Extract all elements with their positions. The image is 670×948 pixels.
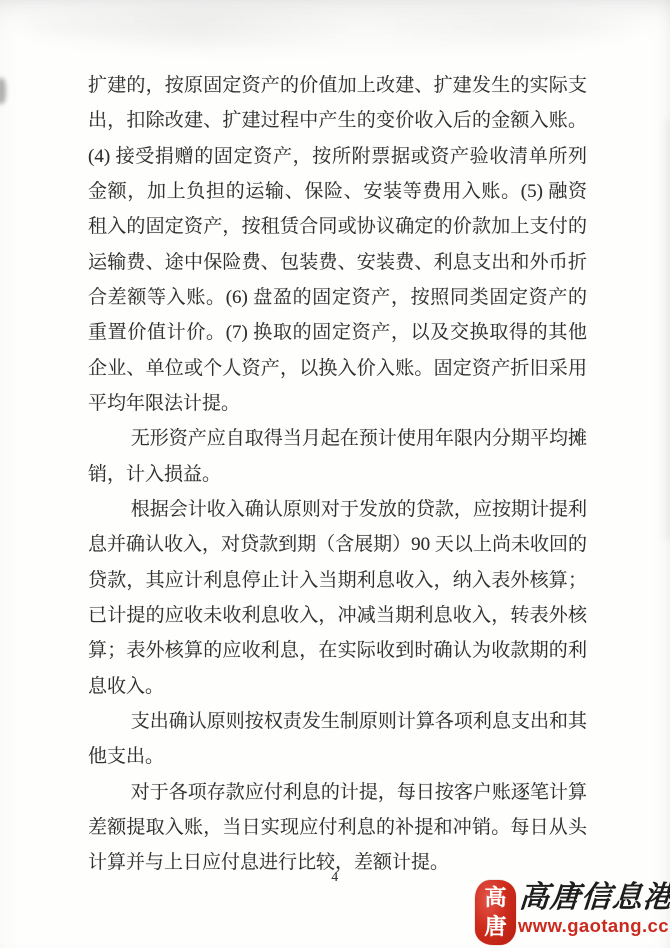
text-line: (4) 接受捐赠的固定资产，按所附票据或资产验收清单所列 bbox=[88, 139, 587, 174]
seal-char-top: 高 bbox=[484, 887, 506, 909]
text-line: 算；表外核算的应收利息，在实际收到时确认为收款期的利 bbox=[88, 633, 587, 668]
text-line: 息并确认收入，对贷款到期（含展期）90 天以上尚未收回的 bbox=[88, 527, 587, 562]
text-line: 无形资产应自取得当月起在预计使用年限内分期平均摊 bbox=[88, 421, 587, 456]
seal-char-bottom: 唐 bbox=[484, 916, 506, 938]
text-line: 支出确认原则按权责发生制原则计算各项利息支出和其 bbox=[88, 704, 587, 739]
text-line: 金额，加上负担的运输、保险、安装等费用入账。(5) 融资 bbox=[88, 174, 587, 209]
text-line: 运输费、途中保险费、包装费、安装费、利息支出和外币折 bbox=[88, 245, 587, 280]
scan-artifact-top bbox=[20, 6, 640, 48]
text-line: 根据会计收入确认原则对于发放的贷款，应按期计提利 bbox=[88, 492, 587, 527]
text-line: 息收入。 bbox=[88, 669, 587, 704]
text-line: 已计提的应收未收利息收入，冲减当期利息收入，转表外核 bbox=[88, 598, 587, 633]
scanned-document-page: 扩建的，按原固定资产的价值加上改建、扩建发生的实际支 出，扣除改建、扩建过程中产… bbox=[0, 0, 670, 948]
text-line: 销，计入损益。 bbox=[88, 457, 587, 492]
text-line: 重置价值计价。(7) 换取的固定资产，以及交换取得的其他 bbox=[88, 315, 587, 350]
gaotang-seal-icon: 高 唐 bbox=[475, 880, 516, 945]
scan-artifact-left-edge bbox=[0, 78, 6, 104]
text-line: 贷款，其应计利息停止计入当期利息收入，纳入表外核算； bbox=[88, 563, 587, 598]
text-line: 平均年限法计提。 bbox=[88, 386, 587, 421]
text-line: 扩建的，按原固定资产的价值加上改建、扩建发生的实际支 bbox=[88, 68, 587, 103]
text-line: 出，扣除改建、扩建过程中产生的变价收入后的金额入账。 bbox=[88, 103, 587, 138]
text-line: 他支出。 bbox=[88, 739, 587, 774]
watermark-site-url: www.gaotang.cc bbox=[518, 916, 670, 936]
text-line: 租入的固定资产，按租赁合同或协议确定的价款加上支付的 bbox=[88, 209, 587, 244]
text-line: 差额提取入账，当日实现应付利息的补提和冲销。每日从头 bbox=[88, 810, 587, 845]
scan-artifact-right-edge bbox=[665, 120, 670, 540]
watermark-site-name: 高唐信息港 bbox=[518, 881, 670, 915]
document-body: 扩建的，按原固定资产的价值加上改建、扩建发生的实际支 出，扣除改建、扩建过程中产… bbox=[88, 68, 587, 881]
gaotang-watermark: 高 唐 高唐信息港 www.gaotang.cc bbox=[475, 879, 670, 948]
text-line: 对于各项存款应付利息的计提，每日按客户账逐笔计算 bbox=[88, 775, 587, 810]
text-line: 企业、单位或个人资产，以换入价入账。固定资产折旧采用 bbox=[88, 351, 587, 386]
text-line: 合差额等入账。(6) 盘盈的固定资产，按照同类固定资产的 bbox=[88, 280, 587, 315]
